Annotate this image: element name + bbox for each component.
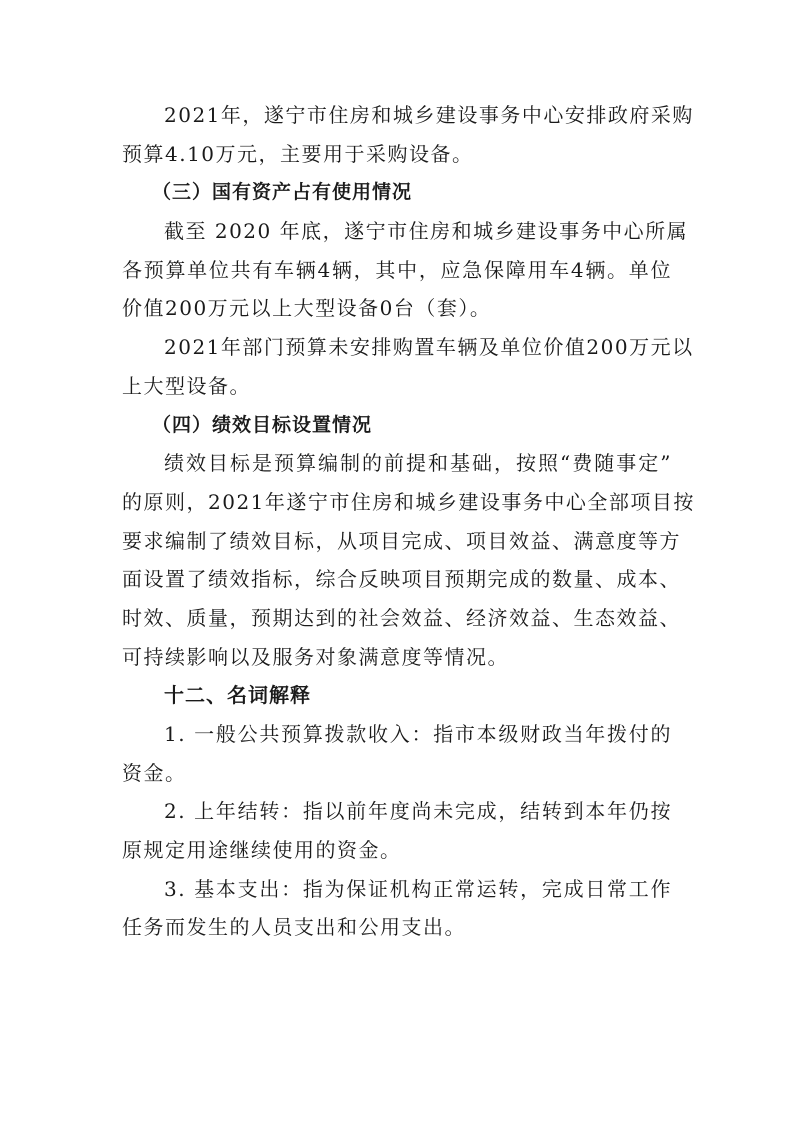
paragraph-line: 时效、质量，预期达到的社会效益、经济效益、生态效益、 [122, 599, 672, 638]
paragraph-line: 面设置了绩效指标，综合反映项目预期完成的数量、成本、 [122, 560, 672, 599]
section-subheading: （四）绩效目标设置情况 [122, 406, 672, 445]
paragraph-line: 绩效目标是预算编制的前提和基础，按照“费随事定” [122, 444, 672, 483]
section-subheading: （三）国有资产占有使用情况 [122, 173, 672, 212]
paragraph-line: 3. 基本支出：指为保证机构正常运转，完成日常工作 [122, 870, 672, 909]
paragraph-line: 预算4.10万元，主要用于采购设备。 [122, 135, 672, 174]
paragraph-line: 的原则，2021年遂宁市住房和城乡建设事务中心全部项目按 [122, 483, 672, 522]
paragraph-line: 要求编制了绩效目标，从项目完成、项目效益、满意度等方 [122, 522, 672, 561]
paragraph-line: 上大型设备。 [122, 367, 672, 406]
paragraph-line: 截至 2020 年底，遂宁市住房和城乡建设事务中心所属 [122, 212, 672, 251]
paragraph-line: 2. 上年结转：指以前年度尚未完成，结转到本年仍按 [122, 792, 672, 831]
paragraph-line: 原规定用途继续使用的资金。 [122, 831, 672, 870]
section-heading: 十二、名词解释 [122, 676, 672, 715]
paragraph-line: 任务而发生的人员支出和公用支出。 [122, 908, 672, 947]
paragraph-line: 资金。 [122, 754, 672, 793]
paragraph-line: 2021年部门预算未安排购置车辆及单位价值200万元以 [122, 328, 672, 367]
paragraph-line: 价值200万元以上大型设备0台（套）。 [122, 289, 672, 328]
paragraph-line: 1. 一般公共预算拨款收入：指市本级财政当年拨付的 [122, 715, 672, 754]
paragraph-line: 各预算单位共有车辆4辆，其中，应急保障用车4辆。单位 [122, 251, 672, 290]
document-page: 2021年，遂宁市住房和城乡建设事务中心安排政府采购 预算4.10万元，主要用于… [122, 96, 672, 947]
paragraph-line: 2021年，遂宁市住房和城乡建设事务中心安排政府采购 [122, 96, 672, 135]
paragraph-line: 可持续影响以及服务对象满意度等情况。 [122, 638, 672, 677]
